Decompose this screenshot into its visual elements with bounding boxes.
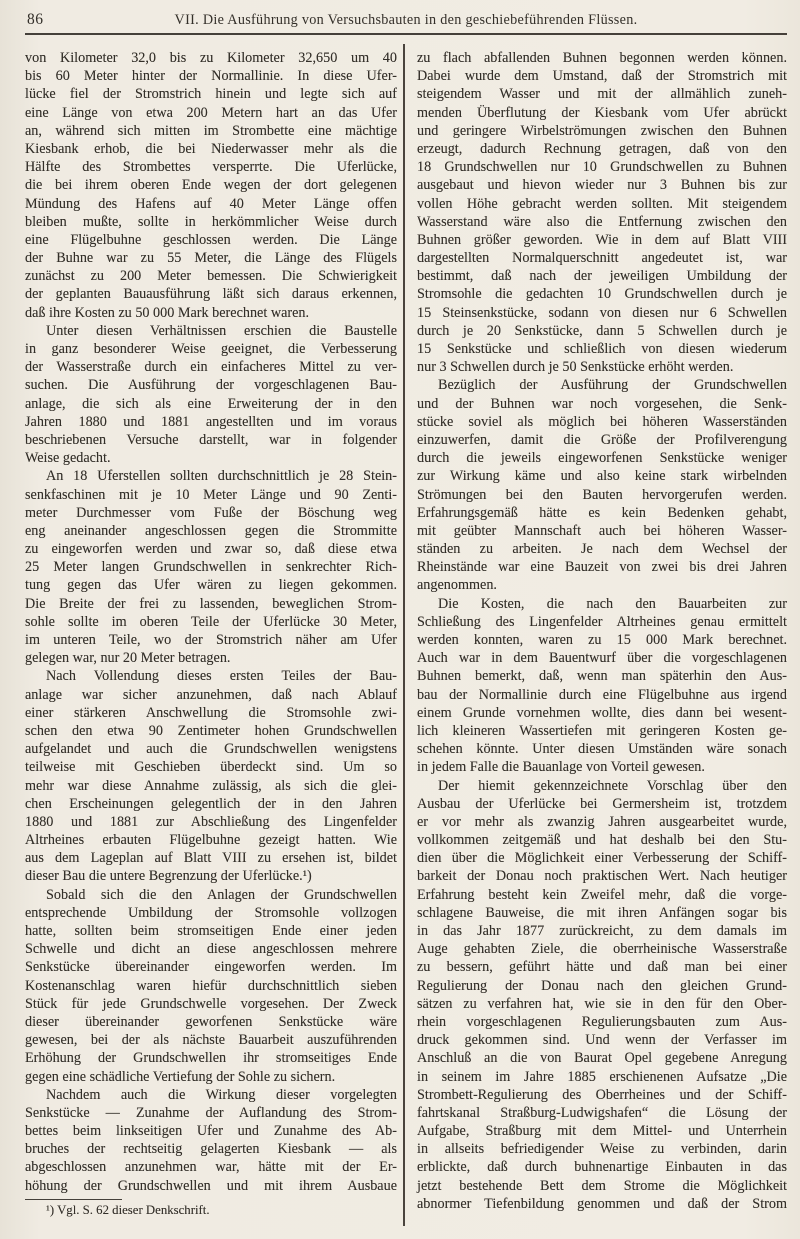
text-line: chen Erscheinungen gelegentlich der in d… [25, 795, 397, 813]
paragraph: Unter diesen Verhältnissen erschien die … [25, 322, 397, 468]
text-line: barkeit der Donau noch praktischen Wert.… [417, 867, 787, 885]
text-line: meter Durchmesser vom Fuße der Böschung … [25, 504, 397, 522]
text-line: Buhnen größer geworden. Wie in dem auf B… [417, 231, 787, 249]
text-line: 15 Steinsenkstücke, sodann von diesen nu… [417, 304, 787, 322]
text-line: ständen zu arbeiten. Je nach dem Wechsel… [417, 540, 787, 558]
text-line: Schwelle und dicht an diese angeschlosse… [25, 940, 397, 958]
text-line: schehen könnte. Unter diesen Umständen w… [417, 740, 787, 758]
text-line: höhung der Grundschwellen und mit ihrem … [25, 1177, 397, 1195]
text-line: menden Überflutung der Kiesbank vom Ufer… [417, 104, 787, 122]
text-line: Strömungen bei den Bauten hervorgerufen … [417, 486, 787, 504]
column-right: zu flach abfallenden Buhnen begonnen wer… [417, 49, 787, 1213]
footnote-rule [25, 1199, 122, 1200]
text-line: An 18 Uferstellen sollten durchschnittli… [25, 467, 397, 485]
text-line: erblickte, daß durch buhnenartige Einbau… [417, 1158, 787, 1176]
text-line: und geringere Wirbelströmungen zwischen … [417, 122, 787, 140]
text-line: einem Grunde vornehmen wollte, dies dann… [417, 704, 787, 722]
text-line: in jedem Falle die Bauanlage von Vorteil… [417, 758, 787, 776]
text-line: durch die jeweils eingeworfenen Senkstüc… [417, 449, 787, 467]
text-line: an, während sich mitten im Strombette ei… [25, 122, 397, 140]
text-line: Nachdem auch die Wirkung dieser vorgeleg… [25, 1086, 397, 1104]
text-line: eng aneinander angeschlossen gegen die S… [25, 522, 397, 540]
text-line: Stück für jede Grundschwelle vorgesehen.… [25, 995, 397, 1013]
text-line: bis 60 Meter hinter der Normallinie. In … [25, 67, 397, 85]
text-line: Erhöhung der Grundschwellen ihr stromsei… [25, 1049, 397, 1067]
text-line: Regulierung der Donau nach den gleichen … [417, 977, 787, 995]
text-line: hatte, sollten beim stromseitigen Ende e… [25, 922, 397, 940]
text-line: Senkstücke übereinander eingeworfen werd… [25, 958, 397, 976]
text-line: Buhnen bemerkt, daß, wenn man späterhin … [417, 667, 787, 685]
text-line: mehr war diese Annahme zulässig, als sic… [25, 777, 397, 795]
text-line: und der Buhnen war noch vorgesehen, die … [417, 395, 787, 413]
text-line: 15 Senkstücke und schließlich von diesen… [417, 340, 787, 358]
text-line: Die Breite der frei zu lassenden, bewegl… [25, 595, 397, 613]
text-line: dieser übereinander geworfenen Senkstück… [25, 1013, 397, 1031]
paragraph: An 18 Uferstellen sollten durchschnittli… [25, 467, 397, 667]
column-divider-rule [403, 44, 405, 1226]
text-line: angenommen. [417, 576, 787, 594]
text-line: senkfaschinen mit je 10 Meter Länge und … [25, 486, 397, 504]
text-line: sohle sollte im oberen Teile der Uferlüc… [25, 613, 397, 631]
paragraph: Nachdem auch die Wirkung dieser vorgeleg… [25, 1086, 397, 1195]
header-rule [25, 33, 787, 35]
paragraph: Bezüglich der Ausführung der Grundschwel… [417, 376, 787, 594]
text-line: schlagene Bauweise, die mit ihren Anfäng… [417, 904, 787, 922]
text-line: steigendem Wasser und mit der allmählich… [417, 85, 787, 103]
text-line: in ganz besonderer Weise geeignet, die V… [25, 340, 397, 358]
paragraph: Die Kosten, die nach den Bauarbeiten zur… [417, 595, 787, 777]
text-line: im unteren Teile, wo der Stromstrich näh… [25, 631, 397, 649]
text-line: in allseits befriedigender Weise zu verb… [417, 1140, 787, 1158]
text-line: Der hiemit gekennzeichnete Vorschlag übe… [417, 777, 787, 795]
text-line: lücke fiel der Stromstrich hinein und le… [25, 85, 397, 103]
text-line: Erfahrungsgemäß hätte es kein Bedenken g… [417, 504, 787, 522]
text-line: Ausbau der Uferlücke bei Germersheim ist… [417, 795, 787, 813]
text-line: entsprechende Umbildung der Stromsohle v… [25, 904, 397, 922]
text-line: zur Wirkung käme und also keine stark wi… [417, 467, 787, 485]
text-line: bau der Normallinie durch eine Flügelbuh… [417, 686, 787, 704]
text-line: der Buhne war zu 55 Meter, die Länge des… [25, 249, 397, 267]
text-line: anlage, die sich als eine Erweiterung de… [25, 395, 397, 413]
text-line: er vor mehr als zwanzig Jahren ausgearbe… [417, 813, 787, 831]
text-line: lich kleineren Wassertiefen mit geringer… [417, 722, 787, 740]
text-line: Bezüglich der Ausführung der Grundschwel… [417, 376, 787, 394]
text-line: Aufgabe, Straßburg mit dem Mittel- und U… [417, 1122, 787, 1140]
text-line: die bei ihrem oberen Ende wegen der dort… [25, 176, 397, 194]
running-header-title: VII. Die Ausführung von Versuchsbauten i… [25, 12, 787, 29]
footnote: ¹) Vgl. S. 62 dieser Denkschrift. [25, 1203, 418, 1218]
text-line: einzuwerfen, damit die Größe der Profilv… [417, 431, 787, 449]
paragraph: Nach Vollendung dieses ersten Teiles der… [25, 667, 397, 885]
paragraph: Sobald sich die den Anlagen der Grundsch… [25, 886, 397, 1086]
text-line: daß ihre Kosten zu 50 000 Mark berechnet… [25, 304, 397, 322]
column-left: von Kilometer 32,0 bis zu Kilometer 32,6… [25, 49, 397, 1195]
text-line: Kostenanschlag waren hiefür durchschnitt… [25, 977, 397, 995]
text-line: vollkommen zeitgemäß und hat deshalb bei… [417, 831, 787, 849]
text-line: Die Kosten, die nach den Bauarbeiten zur [417, 595, 787, 613]
text-line: Altrheines erbauten Flügelbuhne gezeigt … [25, 831, 397, 849]
text-line: nur 3 Schwellen durch je 50 Senkstücke e… [417, 358, 787, 376]
text-line: Schließung des Lingenfelder Altrheines g… [417, 613, 787, 631]
text-line: dieser Bau die untere Begrenzung der Ufe… [25, 867, 397, 885]
text-line: anlage war sicher anzunehmen, daß nach A… [25, 686, 397, 704]
text-line: in seinem im Jahre 1885 erschienenen Auf… [417, 1068, 787, 1086]
paragraph: von Kilometer 32,0 bis zu Kilometer 32,6… [25, 49, 397, 322]
text-line: Auge gehabten Ziele, die oberrheinische … [417, 940, 787, 958]
text-line: eine Flügelbuhne geschlossen werden. Die… [25, 231, 397, 249]
text-line: gegen eine schädliche Vertiefung der Soh… [25, 1068, 397, 1086]
text-line: Stromsohle die gedachten 10 Grundschwell… [417, 285, 787, 303]
paragraph: Der hiemit gekennzeichnete Vorschlag übe… [417, 777, 787, 1214]
text-line: in das Jahr 1877 zurückreicht, zu dem da… [417, 922, 787, 940]
text-line: Anschluß an die von Baurat Opel gegebene… [417, 1049, 787, 1067]
text-line: druck gekommen sind. Und wenn der Verfas… [417, 1031, 787, 1049]
text-line: sätzen zu verfahren hat, wie sie in den … [417, 995, 787, 1013]
text-line: durch je 20 Senkstücke, dann 5 Schwellen… [417, 322, 787, 340]
text-line: abgeschlossen anzunehmen war, hätte mit … [25, 1158, 397, 1176]
text-line: ausgebaut und hievon wieder nur 3 Buhnen… [417, 176, 787, 194]
text-line: einer stärkeren Anschwellung die Stromso… [25, 704, 397, 722]
scanned-book-page: 86 VII. Die Ausführung von Versuchsbaute… [0, 0, 800, 1239]
text-line: werden konnten, waren zu 15 000 Mark ber… [417, 631, 787, 649]
text-line: Rheinstände war eine Bauzeit von zwei bi… [417, 558, 787, 576]
text-line: Nach Vollendung dieses ersten Teiles der… [25, 667, 397, 685]
text-line: zu bessern, geführt hätte und daß man be… [417, 958, 787, 976]
text-line: Auch war in dem Bauentwurf über die vorg… [417, 649, 787, 667]
text-line: der Wasserstraße durch ein einfacheres M… [25, 358, 397, 376]
text-line: bestimmt, daß nach der jeweiligen Umbild… [417, 267, 787, 285]
text-line: fahrtskanal Straßburg-Ludwigshafen“ die … [417, 1104, 787, 1122]
text-line: gewesen, bei der als nächste Bauarbeit a… [25, 1031, 397, 1049]
text-line: gelegen war, nur 20 Meter betragen. [25, 649, 397, 667]
text-line: rhein vorgeschlagenen Regulierungsbauten… [417, 1013, 787, 1031]
text-line: teilweise mit Geschieben überdeckt sind.… [25, 758, 397, 776]
text-line: Sobald sich die den Anlagen der Grundsch… [25, 886, 397, 904]
text-line: tung gegen das Ufer wären zu liegen geko… [25, 576, 397, 594]
text-line: dien über die Möglichkeit einer Verbesse… [417, 849, 787, 867]
page-header: 86 VII. Die Ausführung von Versuchsbaute… [25, 9, 787, 31]
text-line: Strombett-Regulierung des Oberrheines un… [417, 1086, 787, 1104]
text-line: aus dem Lageplan auf Blatt VIII zu erseh… [25, 849, 397, 867]
text-line: schen den etwa 90 Zentimeter hohen Grund… [25, 722, 397, 740]
text-line: 18 Grundschwellen nur 10 Grundschwellen … [417, 158, 787, 176]
text-line: erzeugt, dadurch Rechnung getragen, daß … [417, 140, 787, 158]
text-line: bleiben mußte, sollte in herkömmlicher W… [25, 213, 397, 231]
text-line: dargestellten Normalquerschnitt angedeut… [417, 249, 787, 267]
text-line: bettes beim linkseitigen Ufer und Zunahm… [25, 1122, 397, 1140]
text-line: Kiesbank erhob, die bei Niederwasser meh… [25, 140, 397, 158]
text-line: vollen Höhe gebracht werden sollten. Mit… [417, 195, 787, 213]
text-line: mit geübter Mannschaft auch bei höheren … [417, 522, 787, 540]
text-line: bruches der rechtseitig gelagerten Kiesb… [25, 1140, 397, 1158]
text-line: eine Länge von etwa 200 Metern hart an d… [25, 104, 397, 122]
paragraph: zu flach abfallenden Buhnen begonnen wer… [417, 49, 787, 376]
text-line: zu flach abfallenden Buhnen begonnen wer… [417, 49, 787, 67]
text-line: Erfahrung besteht kein Zweifel mehr, daß… [417, 886, 787, 904]
text-line: Hälfte des Strombettes versperrte. Die U… [25, 158, 397, 176]
text-line: Senkstücke — Zunahme der Auflandung des … [25, 1104, 397, 1122]
text-line: aufgelandet und auch die Grundschwellen … [25, 740, 397, 758]
text-line: Unter diesen Verhältnissen erschien die … [25, 322, 397, 340]
text-line: der geplanten Bauausführung läßt sich da… [25, 285, 397, 303]
text-line: suchen. Die Ausführung der vorgeschlagen… [25, 376, 397, 394]
text-line: beschriebenen Versuche darstellt, war in… [25, 431, 397, 449]
text-line: jetzt bestehende Bett dem Strome die Mög… [417, 1177, 787, 1195]
text-line: zunächst zu 200 Meter bemessen. Die Schw… [25, 267, 397, 285]
text-line: Weise gedacht. [25, 449, 397, 467]
text-line: abnormer Tiefenbildung genommen und daß … [417, 1195, 787, 1213]
text-line: Wasserstand wäre also die Entfernung zwi… [417, 213, 787, 231]
text-line: von Kilometer 32,0 bis zu Kilometer 32,6… [25, 49, 397, 67]
text-line: Jahren 1880 und 1881 angestellten und im… [25, 413, 397, 431]
text-line: 25 Meter langen Grundschwellen in senkre… [25, 558, 397, 576]
text-line: 1880 und 1881 zur Abschließung des Linge… [25, 813, 397, 831]
text-line: Dabei wurde dem Umstand, daß der Stromst… [417, 67, 787, 85]
text-line: zu eingeworfen werden und zwar so, daß d… [25, 540, 397, 558]
text-line: Mündung des Hafens auf 40 Meter Länge of… [25, 195, 397, 213]
text-line: stücke soviel als möglich bei höheren Wa… [417, 413, 787, 431]
